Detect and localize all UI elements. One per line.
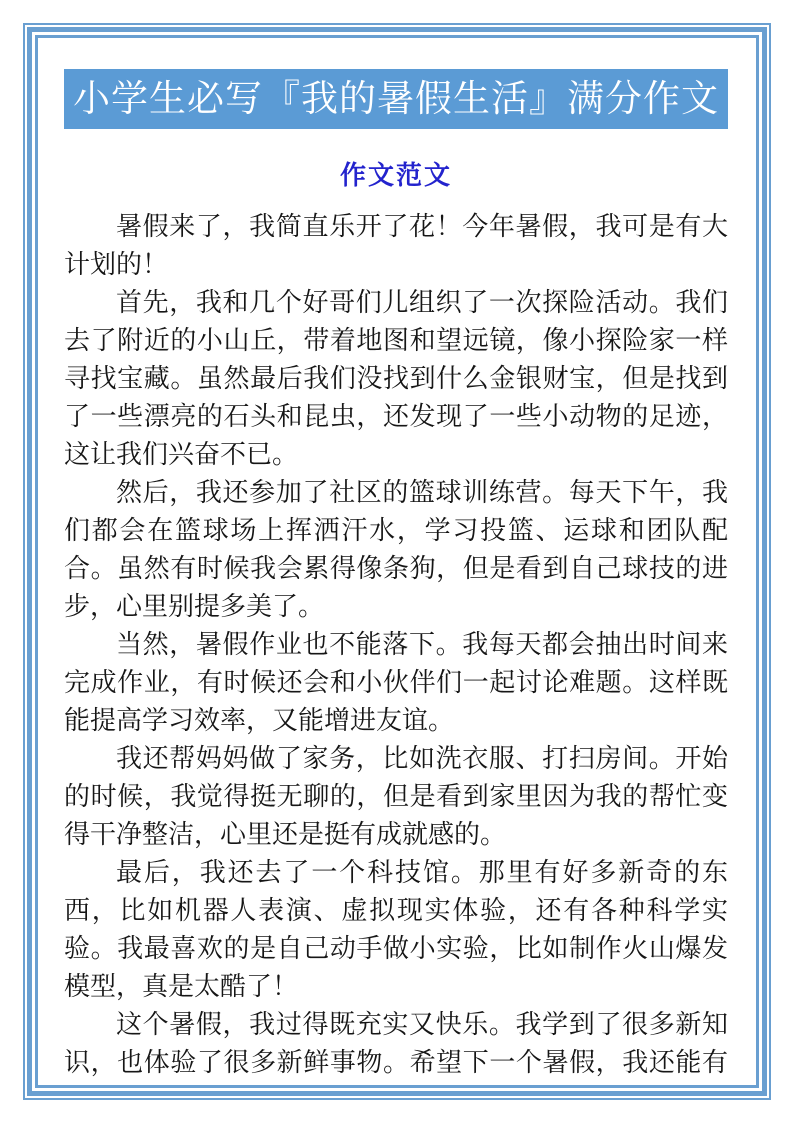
essay-paragraph: 首先，我和几个好哥们儿组织了一次探险活动。我们去了附近的小山丘，带着地图和望远镜… xyxy=(64,283,728,473)
page: { "document": { "banner": { "title": "小学… xyxy=(0,0,793,1122)
essay-subtitle: 作文范文 xyxy=(64,155,728,192)
essay-paragraph: 然后，我还参加了社区的篮球训练营。每天下午，我们都会在篮球场上挥洒汗水，学习投篮… xyxy=(64,473,728,625)
essay-paragraph: 最后，我还去了一个科技馆。那里有好多新奇的东西，比如机器人表演、虚拟现实体验，还… xyxy=(64,853,728,1005)
essay-title: 小学生必写『我的暑假生活』满分作文 xyxy=(73,77,719,120)
essay-body: 暑假来了，我简直乐开了花！今年暑假，我可是有大计划的！首先，我和几个好哥们儿组织… xyxy=(64,207,728,1088)
essay-paragraph: 这个暑假，我过得既充实又快乐。我学到了很多新知识，也体验了很多新鲜事物。希望下一… xyxy=(64,1005,728,1088)
document-frame-middle: 小学生必写『我的暑假生活』满分作文 作文范文 暑假来了，我简直乐开了花！今年暑假… xyxy=(27,27,767,1096)
document-frame-outer: 小学生必写『我的暑假生活』满分作文 作文范文 暑假来了，我简直乐开了花！今年暑假… xyxy=(23,23,771,1100)
title-banner: 小学生必写『我的暑假生活』满分作文 xyxy=(64,69,728,129)
document-frame-inner: 小学生必写『我的暑假生活』满分作文 作文范文 暑假来了，我简直乐开了花！今年暑假… xyxy=(35,35,759,1088)
essay-paragraph: 暑假来了，我简直乐开了花！今年暑假，我可是有大计划的！ xyxy=(64,207,728,283)
essay-paragraph: 我还帮妈妈做了家务，比如洗衣服、打扫房间。开始的时候，我觉得挺无聊的，但是看到家… xyxy=(64,739,728,853)
essay-paragraph: 当然，暑假作业也不能落下。我每天都会抽出时间来完成作业，有时候还会和小伙伴们一起… xyxy=(64,625,728,739)
